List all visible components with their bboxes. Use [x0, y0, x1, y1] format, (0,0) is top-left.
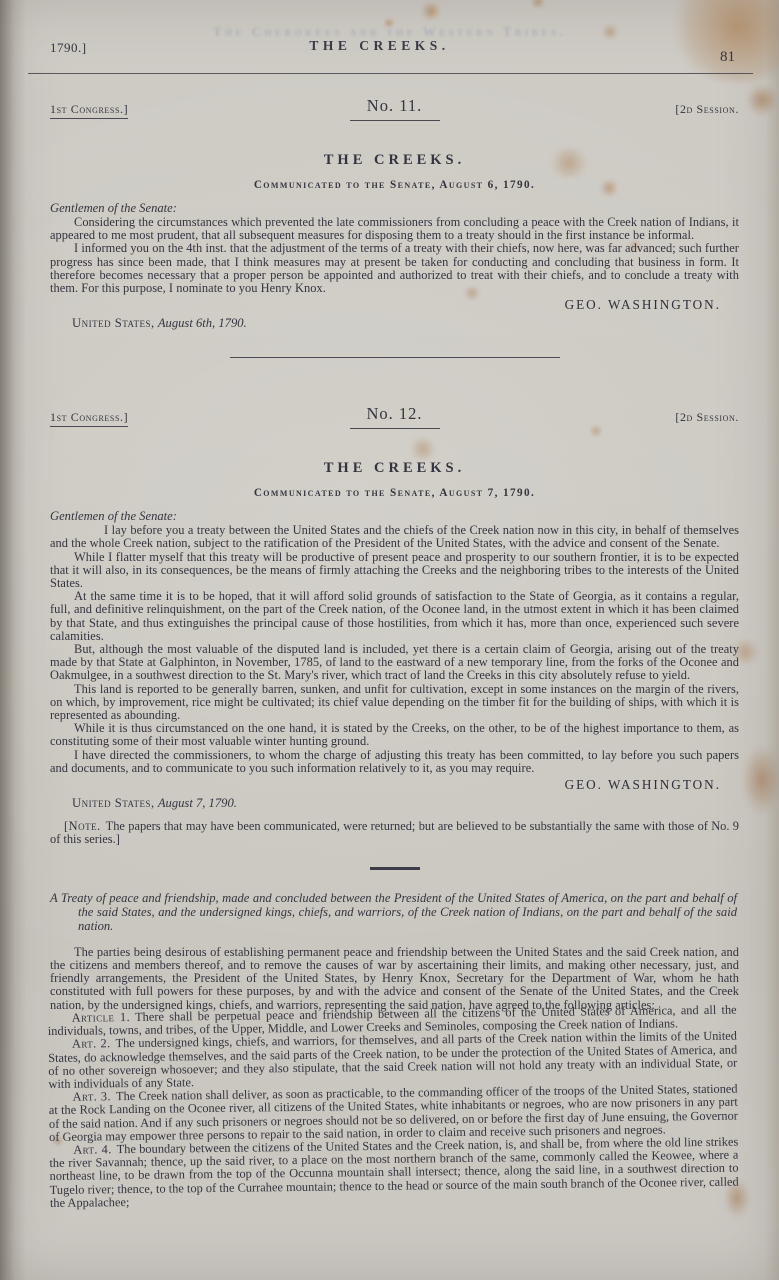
editor-note: [Note.The papers that may have been comm…	[50, 820, 739, 846]
note-text: The papers that may have been communicat…	[50, 819, 739, 846]
header-rule	[28, 73, 753, 74]
body-paragraph: I informed you on the 4th inst. that the…	[50, 242, 739, 295]
article-text: The Creek nation shall deliver, as soon …	[49, 1082, 738, 1144]
body-paragraph: This land is reported to be generally ba…	[50, 683, 739, 723]
page-header: 1790.] THE CREEKS. 81	[50, 38, 739, 60]
dateline-place: United States,	[72, 796, 155, 810]
congress-session-row: 1st Congress.] No. 11. [2d Session.	[50, 96, 739, 120]
treaty-preamble: A Treaty of peace and friendship, made a…	[78, 892, 739, 933]
body-paragraph: At the same time it is to be hoped, that…	[50, 590, 739, 643]
dateline-place: United States,	[72, 316, 155, 330]
dateline: United States, August 7, 1790.	[50, 796, 739, 811]
body-paragraph: But, although the most valuable of the d…	[50, 643, 739, 683]
section-divider-short	[370, 867, 420, 870]
salutation: Gentlemen of the Senate:	[50, 201, 739, 216]
dateline: United States, August 6th, 1790.	[50, 316, 739, 331]
body-paragraphs: I lay before you a treaty between the Un…	[50, 524, 739, 775]
body-paragraph: Considering the circumstances which prev…	[50, 216, 739, 242]
congress-session-row: 1st Congress.] No. 12. [2d Session.	[50, 404, 739, 428]
document-no-12: 1st Congress.] No. 12. [2d Session. THE …	[50, 404, 739, 846]
document-number: No. 12.	[350, 404, 440, 429]
article-paragraph: Art. 4.The boundary between the citizens…	[49, 1135, 739, 1209]
signature: GEO. WASHINGTON.	[50, 297, 739, 313]
section-divider	[230, 357, 560, 358]
body-paragraph: While I flatter myself that this treaty …	[50, 551, 739, 591]
dateline-date: August 7, 1790.	[158, 796, 237, 810]
article-paragraph: Art. 2.The undersigned kings, chiefs, an…	[48, 1030, 738, 1091]
document-title: THE CREEKS.	[50, 460, 739, 477]
document-subtitle: Communicated to the Senate, August 7, 17…	[50, 487, 739, 499]
treaty-intro-wrap: The parties being desirous of establishi…	[50, 946, 739, 1012]
article-label: Art. 4.	[73, 1142, 112, 1156]
article-label: Art. 2.	[72, 1037, 111, 1051]
article-paragraph: Art. 3.The Creek nation shall deliver, a…	[49, 1083, 739, 1144]
body-paragraph: I have directed the commissioners, to wh…	[50, 749, 739, 775]
document-no-11: 1st Congress.] No. 11. [2d Session. THE …	[50, 96, 739, 331]
note-label: [Note.	[64, 819, 101, 833]
document-subtitle: Communicated to the Senate, August 6, 17…	[50, 179, 739, 191]
body-paragraph: I lay before you a treaty between the Un…	[50, 524, 739, 550]
congress-label: 1st Congress.]	[50, 410, 128, 427]
article-label: Art. 3.	[73, 1089, 112, 1103]
page-number: 81	[720, 49, 735, 66]
article-text: The undersigned kings, chiefs, and warri…	[48, 1029, 737, 1091]
article-text: The boundary between the citizens of the…	[49, 1134, 738, 1209]
signature: GEO. WASHINGTON.	[50, 777, 739, 793]
document-number: No. 11.	[350, 96, 440, 121]
session-label: [2d Session.	[675, 102, 739, 117]
treaty-articles: Article 1.There shall be perpetual peace…	[48, 1003, 739, 1209]
scanned-page: The Cherokees and the Western Tribes. 17…	[0, 0, 779, 1280]
treaty-intro: The parties being desirous of establishi…	[50, 946, 739, 1012]
treaty-section: A Treaty of peace and friendship, made a…	[50, 892, 739, 1209]
salutation: Gentlemen of the Senate:	[50, 509, 739, 524]
body-paragraphs: Considering the circumstances which prev…	[50, 216, 739, 295]
body-paragraph: While it is thus circumstanced on the on…	[50, 722, 739, 748]
congress-label: 1st Congress.]	[50, 102, 128, 119]
dateline-date: August 6th, 1790.	[158, 316, 247, 330]
running-title: THE CREEKS.	[50, 38, 709, 54]
session-label: [2d Session.	[675, 410, 739, 425]
document-title: THE CREEKS.	[50, 152, 739, 169]
